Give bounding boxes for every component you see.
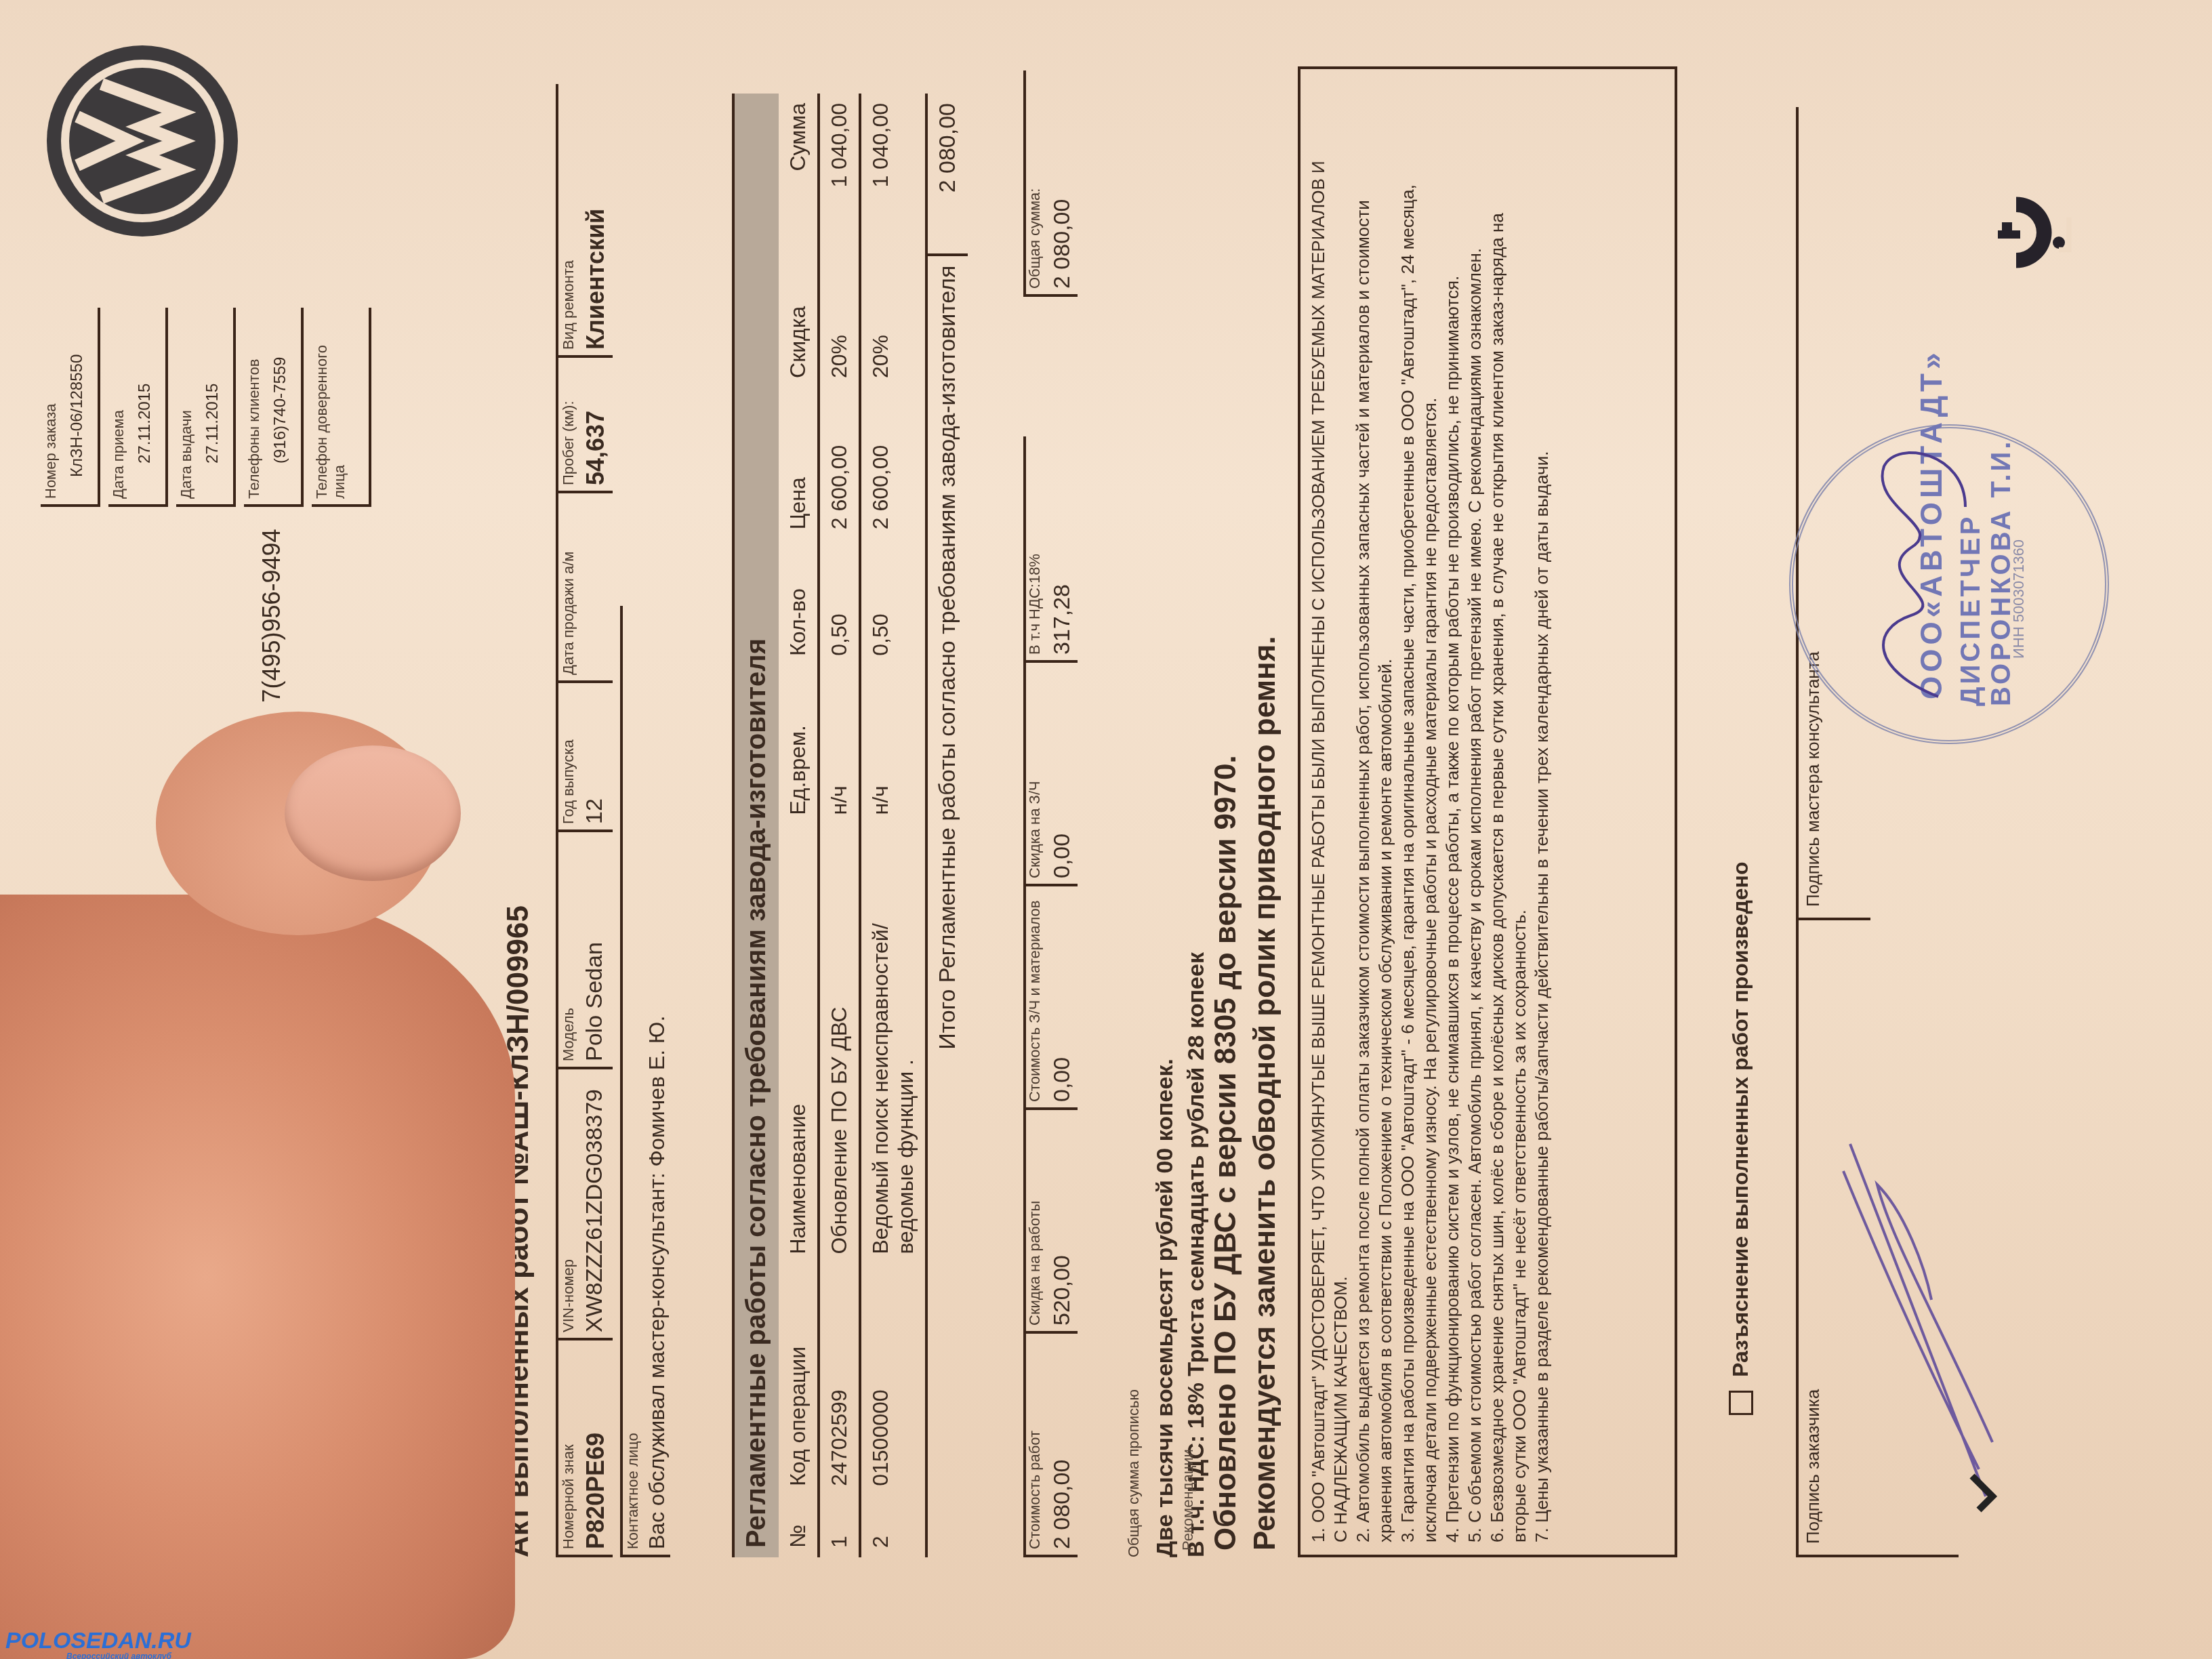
total-value: 0,00 xyxy=(1049,660,1076,884)
repair-type-field: Вид ремонта Клиентский xyxy=(556,84,613,358)
column-header: № xyxy=(779,1496,819,1557)
total-label: Итого Регламентные работы согласно требо… xyxy=(926,255,968,1557)
year-field: Год выпуска 12 xyxy=(556,680,613,832)
labor-cost: Стоимость работ 2 080,00 xyxy=(1023,1331,1078,1557)
plate-value: Р820РЕ69 xyxy=(581,1433,610,1549)
term-line: 3. Гарантия на работы произведенные на О… xyxy=(1397,81,1419,1542)
field-label: Телефон доверенного лица xyxy=(313,308,348,499)
recommendation-line: Обновлено ПО БУ ДВС с версии 8305 до вер… xyxy=(1206,636,1246,1551)
consultant-signature-label: Подпись мастера консультанта xyxy=(1803,651,1824,907)
field-label: Контактное лицо xyxy=(624,1433,642,1549)
total-value: 2 080,00 xyxy=(1049,1331,1076,1555)
words-line: Две тысячи восемьдесят рублей 00 копеек. xyxy=(1149,952,1181,1557)
repair-type-value: Клиентский xyxy=(581,209,610,350)
time-unit: н/ч xyxy=(860,665,926,825)
rst-certification-icon xyxy=(1986,182,2087,283)
column-header: Сумма xyxy=(779,94,819,255)
sum: 1 040,00 xyxy=(860,94,926,255)
polosedan-watermark: POLOSEDAN.RU Всероссийский автоклуб xyxy=(5,1628,191,1659)
term-line: 5. С объемом и стоимостью работ согласен… xyxy=(1464,81,1486,1542)
explanation-row: Разъяснение выполненных работ произведен… xyxy=(1728,862,1753,1415)
operation-name: Ведомый поиск неисправностей/ведомые фун… xyxy=(860,825,926,1264)
vat-amount: В т.ч НДС:18% 317,28 xyxy=(1023,436,1078,663)
signature-divider xyxy=(1796,920,1799,1557)
watermark-text: POLOSEDAN.RU xyxy=(5,1628,191,1654)
terms-box: 1. ООО "Автоштадт" УДОСТОВЕРЯЕТ, ЧТО УПО… xyxy=(1298,66,1677,1557)
field-label: Год выпуска xyxy=(560,739,577,824)
total-value: 2 080,00 xyxy=(1049,70,1076,294)
client-phones-field: Телефоны клиентов (916)740-7559 xyxy=(244,308,304,507)
words-label: Общая сумма прописью xyxy=(1118,952,1149,1557)
labor-discount: Скидка на работы 520,00 xyxy=(1023,1107,1078,1334)
field-value: 27.11.2015 xyxy=(136,384,155,464)
total-label: Скидка на работы xyxy=(1026,1107,1044,1331)
parts-cost: Стоимость З/Ч и материалов 0,00 xyxy=(1023,884,1078,1110)
field-label: Телефоны клиентов xyxy=(245,359,263,499)
term-line: 4. Претензии по функционированию систем … xyxy=(1441,81,1464,1542)
column-header: Ед.врем. xyxy=(779,665,819,825)
field-value: 27.11.2015 xyxy=(203,384,222,464)
field-label: Пробег (км): xyxy=(560,401,577,485)
consultant-name: Вас обслуживал мастер-консультант: Фомич… xyxy=(644,1016,670,1549)
model-value: Polo Sedan xyxy=(581,942,608,1061)
column-header: Скидка xyxy=(779,255,819,388)
plate-field: Номерной знак Р820РЕ69 xyxy=(556,1338,613,1557)
field-label: Дата продажи а/м xyxy=(560,552,577,675)
receive-date-field: Дата приема 27.11.2015 xyxy=(108,308,168,507)
term-line: С НАДЛЕЖАЩИМ КАЧЕСТВОМ. xyxy=(1330,81,1352,1542)
quantity: 0,50 xyxy=(819,539,860,665)
field-value: КлЗН-06/128550 xyxy=(68,354,87,477)
grand-total: Общая сумма: 2 080,00 xyxy=(1023,70,1078,297)
discount: 20% xyxy=(819,255,860,388)
total-label: Скидка на З/Ч xyxy=(1026,660,1044,884)
operation-code: 24702599 xyxy=(819,1264,860,1496)
term-line: 1. ООО "Автоштадт" УДОСТОВЕРЯЕТ, ЧТО УПО… xyxy=(1307,81,1330,1542)
table-section-header: Регламентные работы согласно требованиям… xyxy=(733,94,779,1557)
term-line: 2. Автомобиль выдается из ремонта после … xyxy=(1352,81,1374,1542)
table-row: 2 01500000 Ведомый поиск неисправностей/… xyxy=(860,94,926,1557)
proxy-phone-field: Телефон доверенного лица xyxy=(312,308,371,507)
field-label: Дата выдачи xyxy=(178,410,195,499)
total-label: Стоимость З/Ч и материалов xyxy=(1026,884,1044,1107)
works-table: Регламентные работы согласно требованиям… xyxy=(732,94,968,1557)
quantity: 0,50 xyxy=(860,539,926,665)
field-label: Вид ремонта xyxy=(560,260,577,350)
term-line: хранения автомобиля в соответствии с Пол… xyxy=(1374,81,1397,1542)
sum: 1 040,00 xyxy=(819,94,860,255)
signature-divider xyxy=(1796,1555,1959,1557)
operation-name: Обновление ПО БУ ДВС xyxy=(819,825,860,1264)
term-line: 6. Безвозмездное хранение снятых шин, ко… xyxy=(1486,81,1509,1542)
contact-field: Контактное лицо Вас обслуживал мастер-ко… xyxy=(620,606,670,1557)
volkswagen-logo-icon xyxy=(41,39,244,243)
column-header: Цена xyxy=(779,388,819,539)
total-value: 0,00 xyxy=(1049,884,1076,1107)
consultant-signature-icon xyxy=(1830,426,1992,710)
time-unit: н/ч xyxy=(819,665,860,825)
field-label: Номер заказа xyxy=(42,403,60,499)
stamp-inn: ИНН 5003071360 xyxy=(2010,539,2028,659)
sale-date-field: Дата продажи а/м xyxy=(556,491,613,683)
term-line: 7. Цены указанные в разделе рекомендован… xyxy=(1531,81,1553,1542)
order-number-field: Номер заказа КлЗН-06/128550 xyxy=(41,308,100,507)
discount: 20% xyxy=(860,255,926,388)
total-value: 317,28 xyxy=(1049,436,1076,660)
customer-signature-icon xyxy=(1823,1117,1999,1523)
row-number: 2 xyxy=(860,1496,926,1557)
term-line: исключая детали подверженные естественно… xyxy=(1419,81,1441,1542)
field-value: (916)740-7559 xyxy=(271,357,290,464)
column-header: Кол-во xyxy=(779,539,819,665)
parts-discount: Скидка на З/Ч 0,00 xyxy=(1023,660,1078,886)
recommendation-line: Рекомендуется заменить обводной ролик пр… xyxy=(1246,636,1285,1551)
vin-value: XW8ZZZ61ZDG038379 xyxy=(581,1089,608,1332)
issue-date-field: Дата выдачи 27.11.2015 xyxy=(176,308,236,507)
mileage-field: Пробег (км): 54,637 xyxy=(556,355,613,493)
phone-value: 7(495)956-9494 xyxy=(258,529,285,702)
total-value: 2 080,00 xyxy=(926,94,968,255)
table-total-row: Итого Регламентные работы согласно требо… xyxy=(926,94,968,1557)
total-value: 520,00 xyxy=(1049,1107,1076,1331)
column-header: Код операции xyxy=(779,1264,819,1496)
signature-divider xyxy=(1796,107,1799,920)
price: 2 600,00 xyxy=(860,388,926,539)
section-title: Регламентные работы согласно требованиям… xyxy=(733,94,779,1557)
model-field: Модель Polo Sedan xyxy=(556,829,613,1069)
operation-code: 01500000 xyxy=(860,1264,926,1496)
total-label: В т.ч НДС:18% xyxy=(1026,436,1044,660)
customer-signature-label: Подпись заказчика xyxy=(1803,1389,1824,1544)
table-row: 1 24702599 Обновление ПО БУ ДВС н/ч 0,50… xyxy=(819,94,860,1557)
year-value: 12 xyxy=(581,798,608,824)
amount-in-words: Общая сумма прописью Две тысячи восемьде… xyxy=(1118,952,1212,1557)
price: 2 600,00 xyxy=(819,388,860,539)
vin-field: VIN-номер XW8ZZZ61ZDG038379 xyxy=(556,1067,613,1340)
recommendations-label: Рекомендации xyxy=(1179,1449,1197,1551)
row-number: 1 xyxy=(819,1496,860,1557)
column-header: Наименование xyxy=(779,825,819,1264)
field-label: Модель xyxy=(560,1008,577,1061)
mileage-value: 54,637 xyxy=(581,411,610,485)
explanation-label: Разъяснение выполненных работ произведен… xyxy=(1728,862,1753,1377)
explanation-checkbox[interactable] xyxy=(1729,1391,1753,1415)
thumb-finger xyxy=(0,895,515,1659)
thumbnail xyxy=(285,745,461,881)
signature-divider xyxy=(1796,918,1870,920)
table-header-row: № Код операции Наименование Ед.врем. Кол… xyxy=(779,94,819,1557)
total-label: Общая сумма: xyxy=(1026,70,1044,294)
total-label: Стоимость работ xyxy=(1026,1331,1044,1555)
field-label: VIN-номер xyxy=(560,1259,577,1332)
recommendations-text: Обновлено ПО БУ ДВС с версии 8305 до вер… xyxy=(1206,636,1285,1551)
term-line: вторые сутки ООО "Автоштадт" не несёт от… xyxy=(1509,81,1531,1542)
field-label: Дата приема xyxy=(110,410,127,499)
field-label: Номерной знак xyxy=(560,1444,577,1549)
